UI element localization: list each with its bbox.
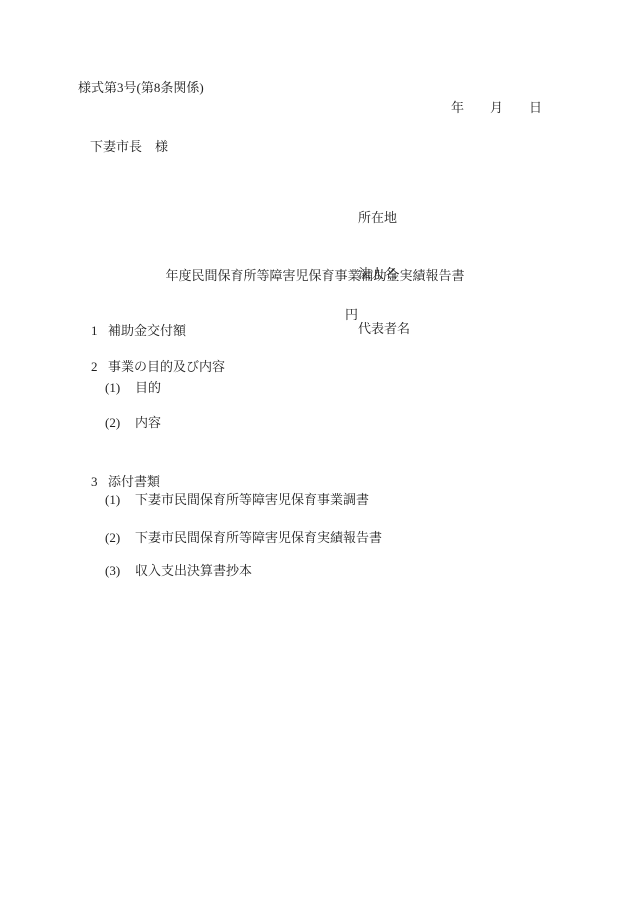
item-3-sub-3-label: 収入支出決算書抄本	[135, 563, 252, 578]
item-2-sub-1-label: 目的	[135, 380, 161, 395]
document-title: 年度民間保育所等障害児保育事業補助金実績報告書	[0, 265, 630, 284]
item-2-sub-2-number: (2)	[105, 415, 135, 431]
item-2-sub-2-label: 内容	[135, 415, 161, 430]
sender-address-label: 所在地	[358, 209, 410, 228]
item-3-sub-1-label: 下妻市民間保育所等障害児保育事業調書	[135, 492, 369, 507]
item-1-label: 補助金交付額	[108, 323, 186, 338]
form-number: 様式第3号(第8条関係)	[78, 77, 204, 96]
item-3-sub-2-label: 下妻市民間保育所等障害児保育実績報告書	[135, 530, 382, 545]
item-1-unit: 円	[345, 304, 358, 323]
item-2-sub-2-row: (2)内容	[92, 396, 161, 447]
document-page: 様式第3号(第8条関係) 年 月 日 下妻市長 様 所在地 法人名 代表者名 年…	[0, 0, 630, 903]
item-3-sub-3-number: (3)	[105, 563, 135, 579]
addressee: 下妻市長 様	[90, 136, 168, 155]
sender-representative-label: 代表者名	[358, 320, 410, 339]
item-1-number: 1	[91, 323, 108, 339]
item-3-sub-3-row: (3)収入支出決算書抄本	[92, 544, 252, 595]
date-line: 年 月 日	[451, 97, 542, 116]
item-2-sub-1-number: (1)	[105, 380, 135, 396]
item-3-sub-1-number: (1)	[105, 492, 135, 508]
